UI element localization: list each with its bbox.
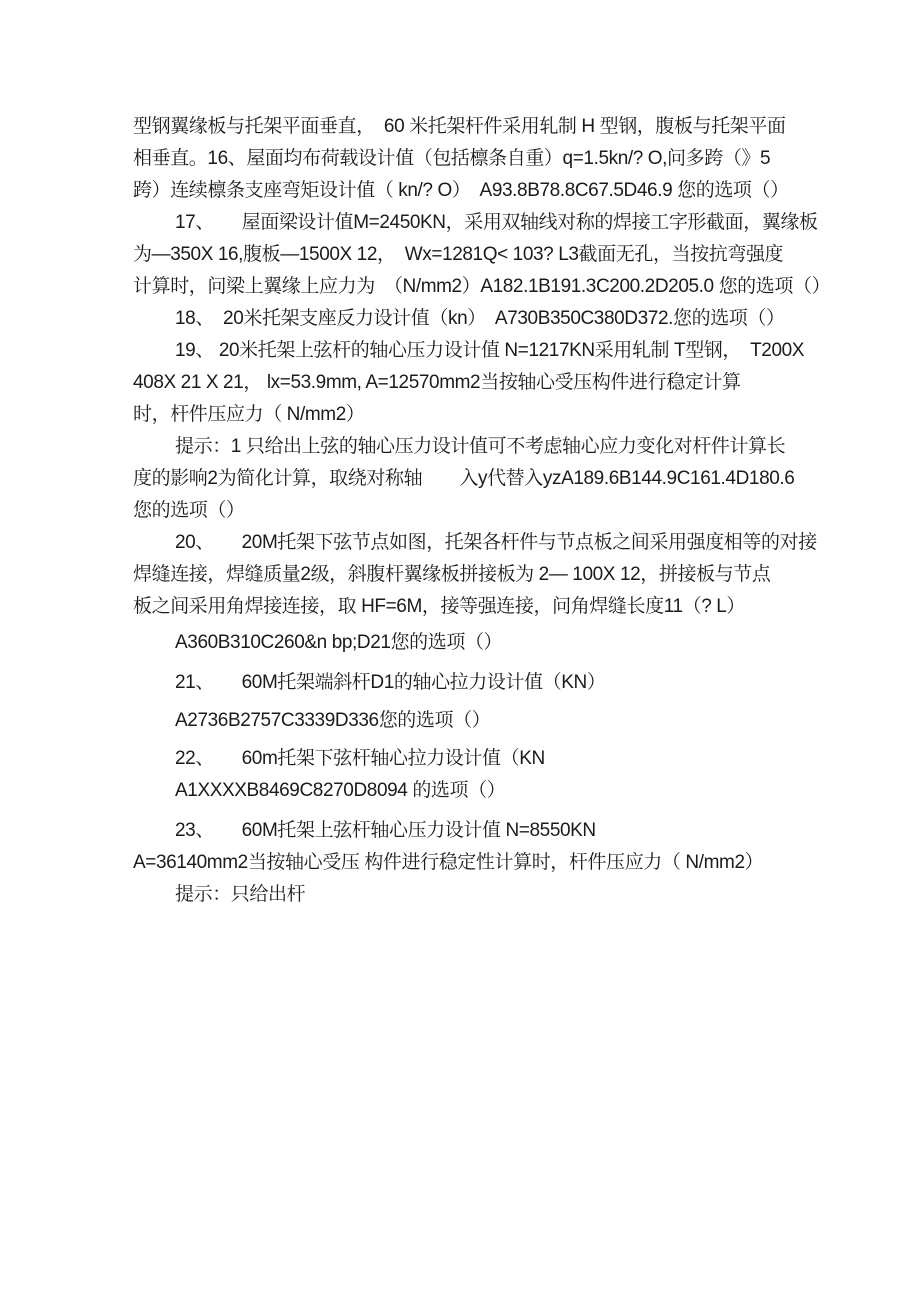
- text-line: 时，杆件压应力（ N/mm2）: [133, 399, 813, 431]
- document-text-block: 型钢翼缘板与托架平面垂直， 60 米托架杆件采用轧制 H 型钢，腹板与托架平面相…: [133, 111, 813, 911]
- text-line: A=36140mm2当按轴心受压 构件进行稳定性计算时，杆件压应力（ N/mm2…: [133, 847, 813, 879]
- document-page: 型钢翼缘板与托架平面垂直， 60 米托架杆件采用轧制 H 型钢，腹板与托架平面相…: [0, 0, 920, 1303]
- text-line: 22、 60m托架下弦杆轴心拉力设计值（KN: [133, 743, 813, 775]
- text-line: 18、 20米托架支座反力设计值（kn） A730B350C380D372.您的…: [133, 303, 813, 335]
- text-line: 您的选项（）: [133, 495, 813, 527]
- text-line: 型钢翼缘板与托架平面垂直， 60 米托架杆件采用轧制 H 型钢，腹板与托架平面: [133, 111, 813, 143]
- text-line: 跨）连续檩条支座弯矩设计值（ kn/? O） A93.8B78.8C67.5D4…: [133, 175, 813, 207]
- text-line: 17、 屋面梁设计值M=2450KN，采用双轴线对称的焊接工字形截面，翼缘板: [133, 207, 813, 239]
- text-line: 板之间采用角焊接连接，取 HF=6M，接等强连接，问角焊缝长度11（? L）: [133, 591, 813, 623]
- text-line: 焊缝连接，焊缝质量2级，斜腹杆翼缘板拼接板为 2— 100X 12，拼接板与节点: [133, 559, 813, 591]
- text-line: 21、 60M托架端斜杆D1的轴心拉力设计值（KN）: [133, 667, 813, 699]
- text-line: A2736B2757C3339D336您的选项（）: [133, 705, 813, 737]
- text-line: 提示：1 只给出上弦的轴心压力设计值可不考虑轴心应力变化对杆件计算长: [133, 431, 813, 463]
- text-line: A360B310C260&n bp;D21您的选项（）: [133, 627, 813, 659]
- text-line: 相垂直。16、屋面均布荷载设计值（包括檩条自重）q=1.5kn/? O,问多跨（…: [133, 143, 813, 175]
- text-line: A1XXXXB8469C8270D8094 的选项（）: [133, 775, 813, 807]
- text-line: 度的影响2为简化计算，取绕对称轴 入y代替入yzA189.6B144.9C161…: [133, 463, 813, 495]
- text-line: 19、 20米托架上弦杆的轴心压力设计值 N=1217KN采用轧制 T型钢， T…: [133, 335, 813, 367]
- text-line: 提示：只给出杆: [133, 879, 813, 911]
- text-line: 20、 20M托架下弦节点如图，托架各杆件与节点板之间采用强度相等的对接: [133, 527, 813, 559]
- text-line: 为—350X 16,腹板—1500X 12， Wx=1281Q< 103? L3…: [133, 239, 813, 271]
- text-line: 23、 60M托架上弦杆轴心压力设计值 N=8550KN: [133, 815, 813, 847]
- text-line: 计算时，问梁上翼缘上应力为 （N/mm2）A182.1B191.3C200.2D…: [133, 271, 813, 303]
- text-line: 408X 21 X 21， lx=53.9mm, A=12570mm2当按轴心受…: [133, 367, 813, 399]
